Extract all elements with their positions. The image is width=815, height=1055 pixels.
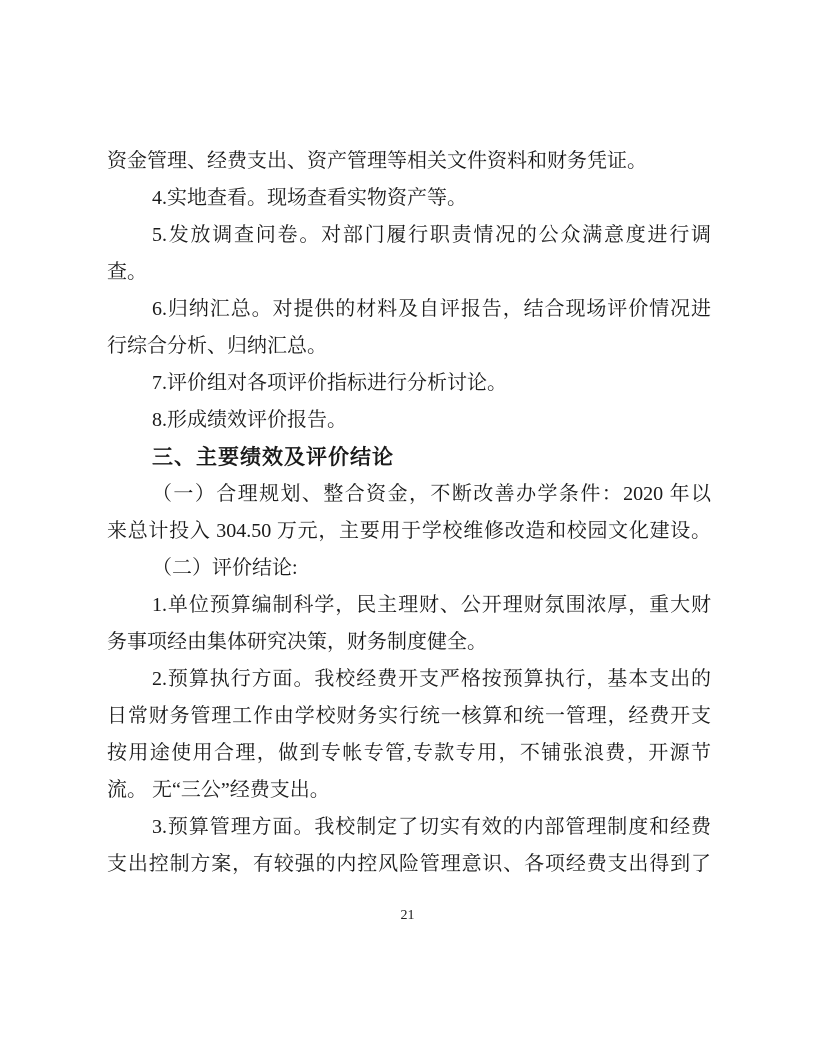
text-line: 3.预算管理方面。我校制定了切实有效的内部管理制度和经费: [107, 809, 711, 846]
text-line: 务事项经由集体研究决策，财务制度健全。: [107, 624, 711, 661]
text-line: 1.单位预算编制科学，民主理财、公开理财氛围浓厚，重大财: [107, 587, 711, 624]
text-line: 行综合分析、归纳汇总。: [107, 328, 711, 365]
text-line: 支出控制方案，有较强的内控风险管理意识、各项经费支出得到了: [107, 846, 711, 883]
text-line: 按用途使用合理，做到专帐专管,专款专用，不铺张浪费，开源节: [107, 735, 711, 772]
text-line: （一）合理规划、整合资金，不断改善办学条件：2020 年以: [107, 476, 711, 513]
text-line: 日常财务管理工作由学校财务实行统一核算和统一管理，经费开支: [107, 698, 711, 735]
text-line: 5.发放调查问卷。对部门履行职责情况的公众满意度进行调: [107, 217, 711, 254]
document-page: 资金管理、经费支出、资产管理等相关文件资料和财务凭证。 4.实地查看。现场查看实…: [0, 0, 815, 1055]
text-line: 资金管理、经费支出、资产管理等相关文件资料和财务凭证。: [107, 143, 711, 180]
text-line: 2.预算执行方面。我校经费开支严格按预算执行，基本支出的: [107, 661, 711, 698]
text-line: 6.归纳汇总。对提供的材料及自评报告，结合现场评价情况进: [107, 291, 711, 328]
document-text-block: 资金管理、经费支出、资产管理等相关文件资料和财务凭证。 4.实地查看。现场查看实…: [107, 143, 711, 883]
text-line: 7.评价组对各项评价指标进行分析讨论。: [107, 365, 711, 402]
page-number: 21: [0, 906, 815, 926]
text-line: （二）评价结论:: [107, 550, 711, 587]
text-line: 4.实地查看。现场查看实物资产等。: [107, 180, 711, 217]
section-heading: 三、主要绩效及评价结论: [107, 439, 711, 476]
text-line: 8.形成绩效评价报告。: [107, 402, 711, 439]
text-line: 查。: [107, 254, 711, 291]
text-line: 来总计投入 304.50 万元，主要用于学校维修改造和校园文化建设。: [107, 513, 711, 550]
text-line: 流。 无“三公”经费支出。: [107, 772, 711, 809]
